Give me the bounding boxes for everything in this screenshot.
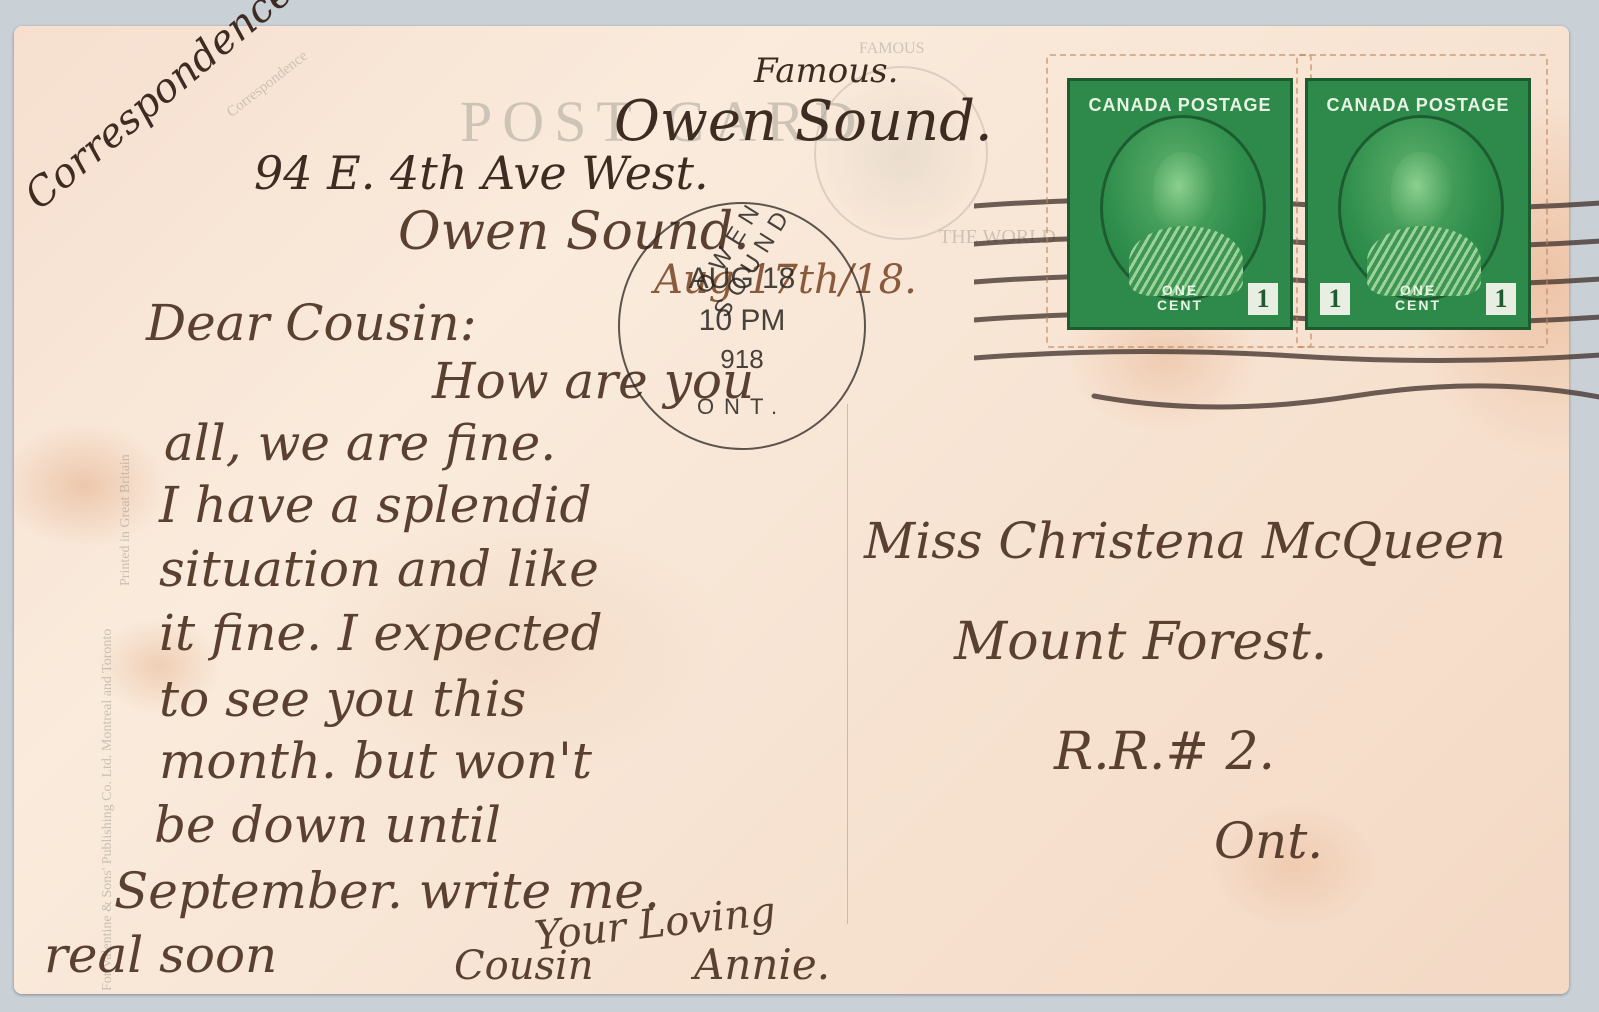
return-address-street: 94 E. 4th Ave West. (254, 150, 709, 196)
postmark-province: ONT. (620, 394, 864, 420)
message-line: it fine. I expected (159, 608, 603, 658)
postmark-time: 10 PM (620, 304, 864, 338)
recipient-name: Miss Christena McQueen (864, 516, 1506, 566)
stamp-country-text: CANADA POSTAGE (1070, 95, 1290, 116)
stamp-value-one: ONE (1368, 283, 1468, 298)
postmark-year: 918 (620, 344, 864, 375)
message-line: I have a splendid (159, 480, 592, 530)
king-portrait-icon (1153, 152, 1217, 236)
handwritten-famous: Famous. (754, 54, 898, 88)
stamp-portrait-oval (1338, 115, 1504, 301)
recipient-province: Ont. (1214, 816, 1323, 866)
closing-cousin: Cousin (454, 946, 594, 986)
message-line: to see you this (159, 674, 526, 724)
postage-stamp: CANADA POSTAGE ONE CENT 1 1 (1305, 78, 1531, 330)
handwritten-place: Owen Sound. (614, 94, 993, 150)
stamp-denomination-digit: 1 (1248, 283, 1278, 315)
recipient-town: Mount Forest. (954, 616, 1327, 668)
printed-publisher-line-2: Printed in Great Britain (118, 454, 134, 586)
stamp-portrait-oval (1100, 115, 1266, 301)
postmark-date: AUG 18 (620, 262, 864, 296)
circular-postmark: OWEN SOUND AUG 18 10 PM 918 ONT. (618, 202, 866, 450)
stamp-value-label: ONE CENT (1130, 283, 1230, 313)
king-portrait-icon (1391, 152, 1455, 236)
stamp-value-cent: CENT (1368, 298, 1468, 313)
stamp-value-cent: CENT (1130, 298, 1230, 313)
stamp-value-label: ONE CENT (1368, 283, 1468, 313)
stamp-country-text: CANADA POSTAGE (1308, 95, 1528, 116)
center-divider-line (847, 404, 848, 924)
postage-stamp: CANADA POSTAGE ONE CENT 1 (1067, 78, 1293, 330)
message-line: Dear Cousin: (146, 298, 477, 348)
stamp-denomination-digit-left: 1 (1320, 283, 1350, 315)
message-line: all, we are fine. (164, 418, 556, 468)
postcard-back: POST CARD Correspondence FAMOUS THE WORL… (14, 26, 1569, 994)
printed-correspondence-label: Correspondence (224, 48, 311, 121)
stamp-value-one: ONE (1130, 283, 1230, 298)
message-line: real soon (44, 930, 277, 980)
message-line: be down until (154, 800, 501, 850)
stamp-denomination-digit-right: 1 (1486, 283, 1516, 315)
signature: Annie. (694, 944, 830, 986)
message-line: month. but won't (159, 736, 592, 786)
recipient-route: R.R.# 2. (1054, 726, 1275, 778)
message-line: situation and like (159, 544, 599, 594)
